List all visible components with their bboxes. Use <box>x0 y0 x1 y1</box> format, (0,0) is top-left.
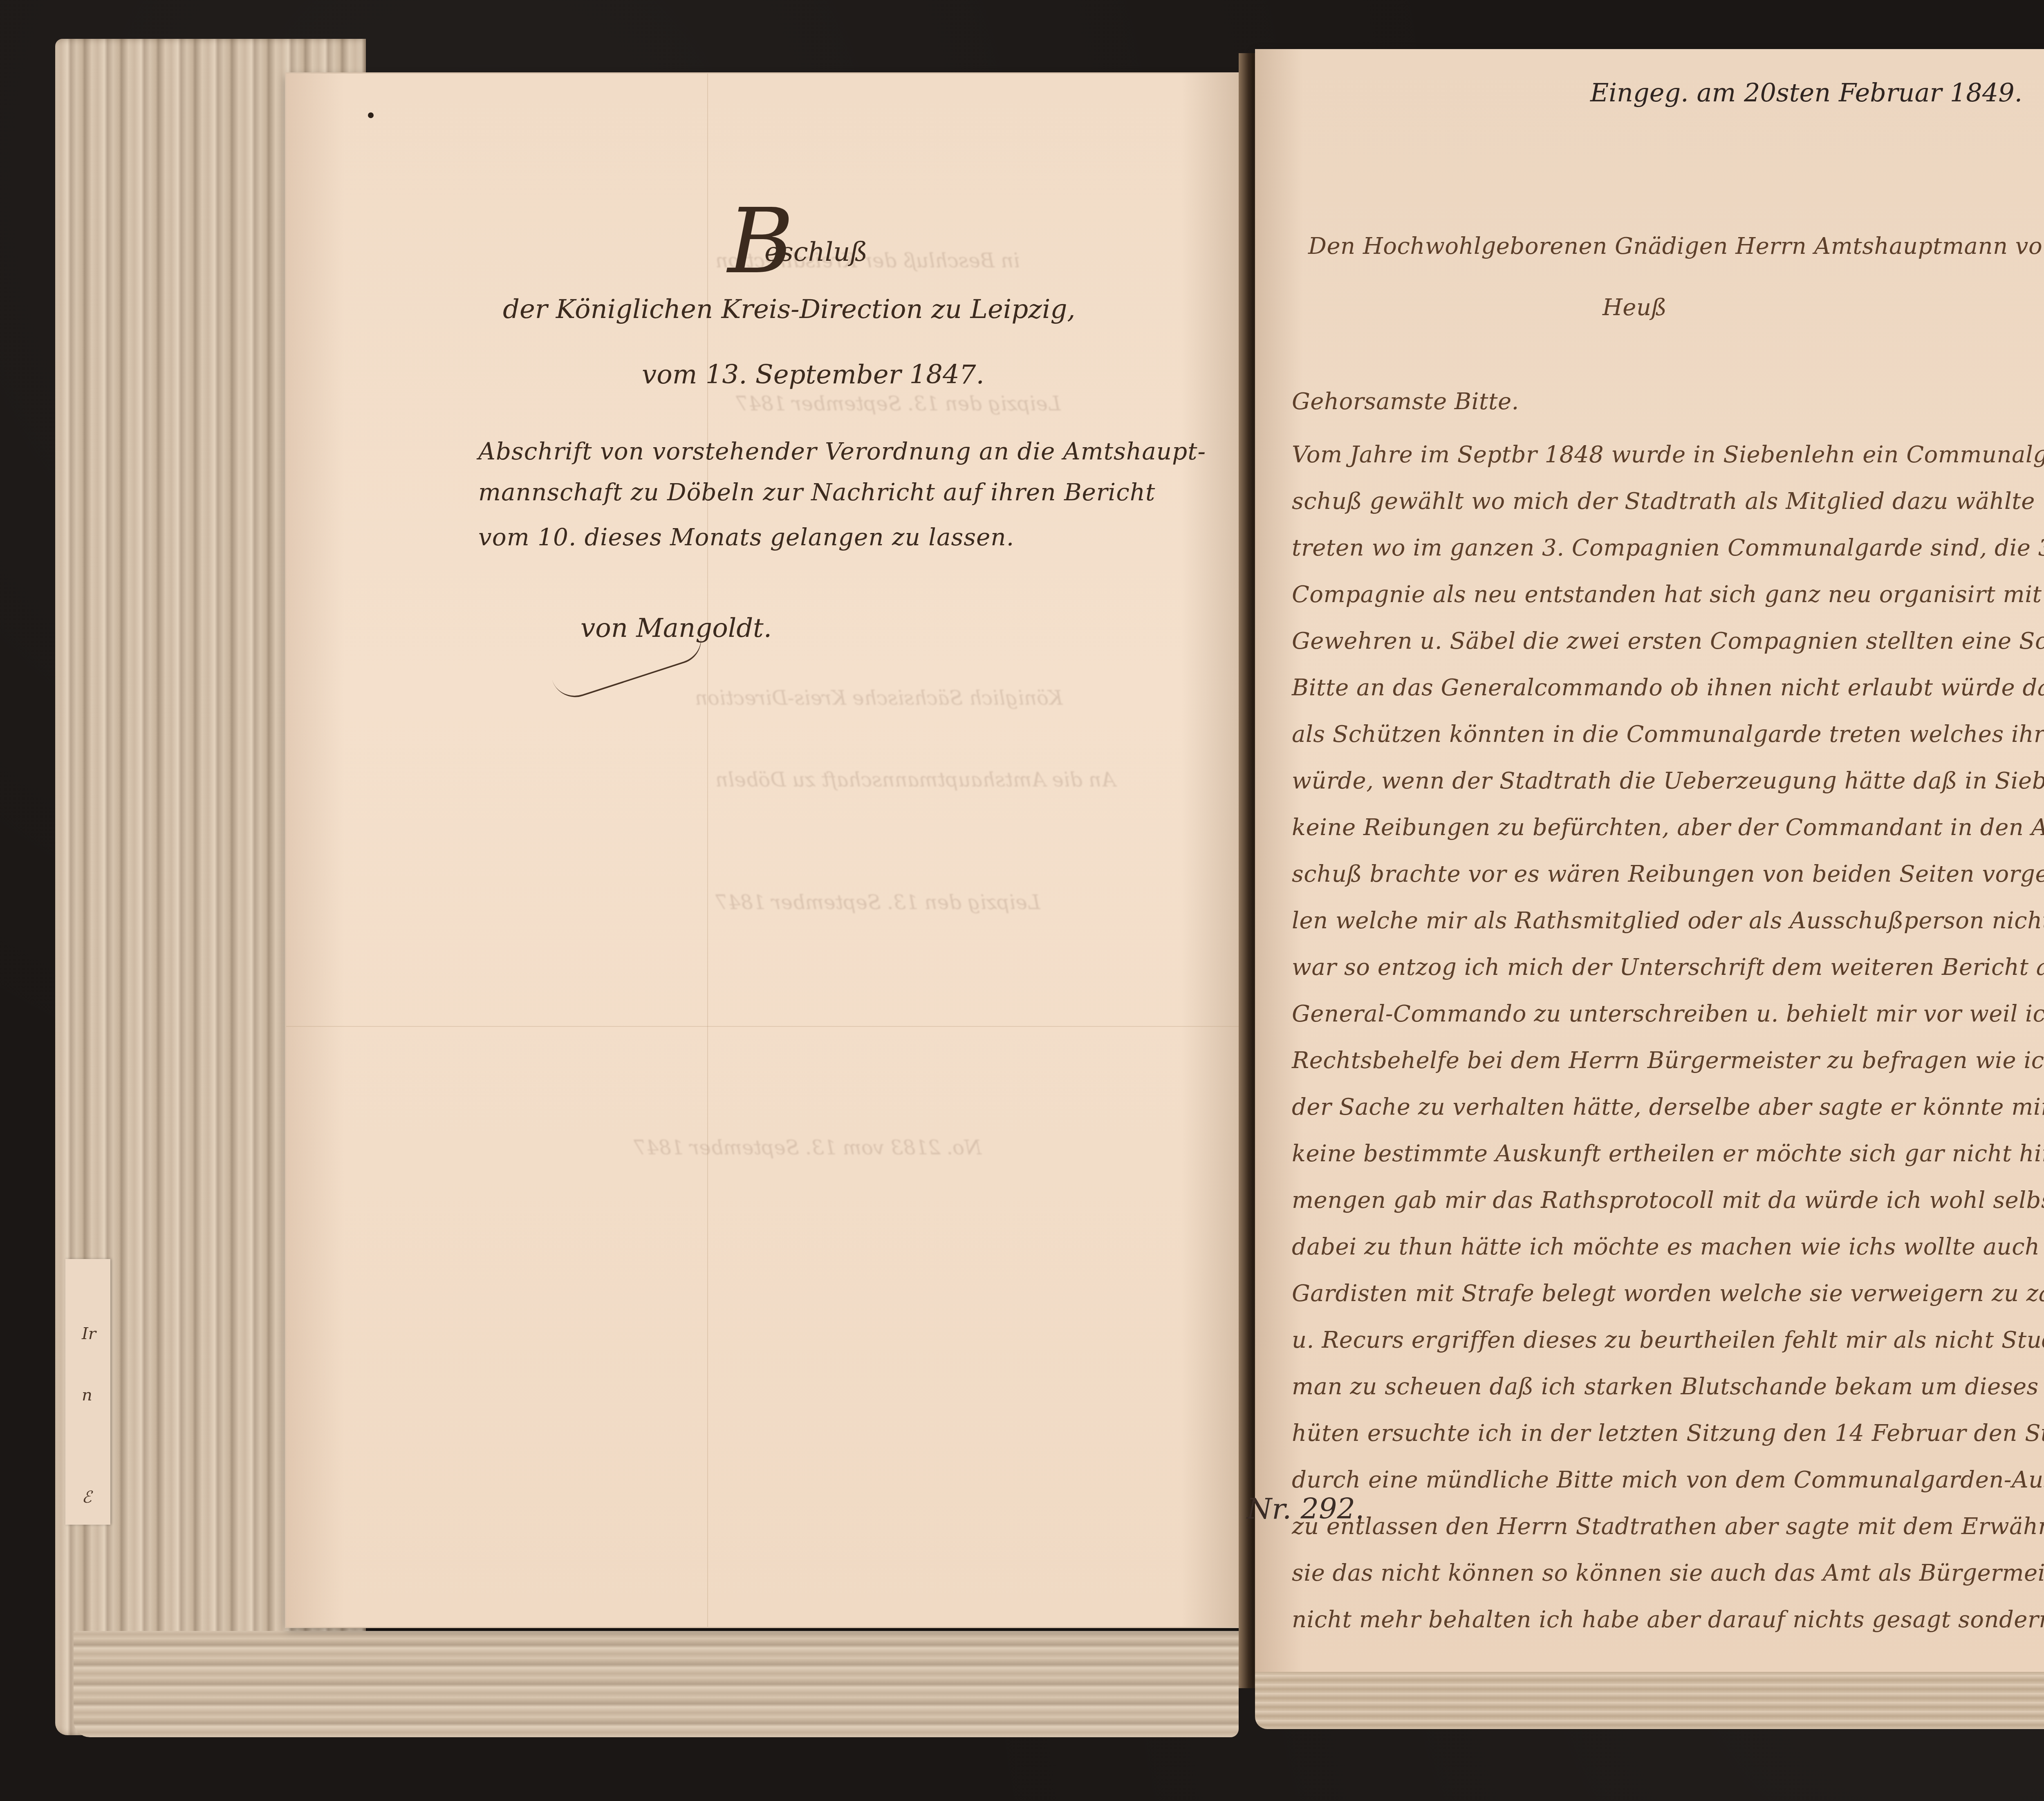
body-line: treten wo im ganzen 3. Compagnien Commun… <box>1292 535 2044 561</box>
heading-line-2: der Königlichen Kreis-Direction zu Leipz… <box>503 294 1076 325</box>
body-line: als Schützen könnten in die Communalgard… <box>1292 721 2044 748</box>
body-line: schuß brachte vor es wären Reibungen von… <box>1292 861 2044 887</box>
body-line: zu entlassen den Herrn Stadtrathen aber … <box>1292 1513 2044 1540</box>
inserted-paper-slip: Ir n ℰ <box>65 1259 110 1525</box>
body-line: Gardisten mit Strafe belegt worden welch… <box>1292 1280 2044 1307</box>
body-line: dabei zu thun hätte ich möchte es machen… <box>1292 1234 2044 1260</box>
show-through-text: Leipzig den 13. September 1847 <box>736 392 1061 415</box>
left-page: in Beschluß der Kreisdirection Leipzig d… <box>286 74 1259 1627</box>
body-line: vom 10. dieses Monats gelangen zu lassen… <box>478 523 1014 551</box>
address-line-2: Heuß <box>1602 294 1667 321</box>
body-line: würde, wenn der Stadtrath die Ueberzeugu… <box>1292 768 2044 794</box>
heading-date: vom 13. September 1847. <box>642 360 984 390</box>
body-line: Rechtsbehelfe bei dem Herrn Bürgermeiste… <box>1292 1047 2044 1074</box>
body-line: man zu scheuen daß ich starken Blutschan… <box>1292 1373 2044 1400</box>
body-line: mengen gab mir das Rathsprotocoll mit da… <box>1292 1187 2044 1214</box>
body-line: Abschrift von vorstehender Verordnung an… <box>478 437 1206 465</box>
show-through-text: Königlich Sächsische Kreis-Direction <box>695 687 1063 710</box>
left-page-stack-bottom-edges <box>74 1631 1239 1737</box>
body-line: Compagnie als neu entstanden hat sich ga… <box>1292 581 2044 608</box>
body-line: u. Recurs ergriffen dieses zu beurtheile… <box>1292 1327 2044 1353</box>
body-line: hüten ersuchte ich in der letzten Sitzun… <box>1292 1420 2044 1447</box>
body-line: nicht mehr behalten ich habe aber darauf… <box>1292 1606 2044 1633</box>
body-line: Bitte an das Generalcommando ob ihnen ni… <box>1292 674 2044 701</box>
body-line: keine bestimmte Auskunft ertheilen er mö… <box>1292 1140 2044 1167</box>
margin-reference-number: Nr. 292. <box>1247 1492 1364 1525</box>
body-line: General-Commando zu unterschreiben u. be… <box>1292 1001 2044 1027</box>
body-line: Gewehren u. Säbel die zwei ersten Compag… <box>1292 628 2044 654</box>
received-note: Eingeg. am 20sten Februar 1849. <box>1590 78 2022 108</box>
salutation: Gehorsamste Bitte. <box>1292 388 1519 415</box>
body-line: schuß gewählt wo mich der Stadtrath als … <box>1292 488 2044 515</box>
body-line: keine Reibungen zu befürchten, aber der … <box>1292 814 2044 841</box>
body-line: durch eine mündliche Bitte mich von dem … <box>1292 1467 2044 1493</box>
body-line: mannschaft zu Döbeln zur Nachricht auf i… <box>478 478 1155 506</box>
right-page: Eingeg. am 20sten Februar 1849. 168 Den … <box>1255 49 2044 1680</box>
fold-line-horizontal <box>286 1026 1259 1027</box>
body-line: war so entzog ich mich der Unterschrift … <box>1292 954 2044 981</box>
body-line: sie das nicht können so können sie auch … <box>1292 1560 2044 1586</box>
heading-title: eschluß <box>764 237 867 267</box>
body-line: der Sache zu verhalten hätte, derselbe a… <box>1292 1094 2044 1120</box>
right-page-stack-bottom-edges <box>1255 1672 2044 1729</box>
show-through-text: Leipzig den 13. September 1847 <box>715 891 1040 914</box>
body-line: Vom Jahre im Septbr 1848 wurde in Sieben… <box>1292 441 2044 468</box>
show-through-text: An die Amtshauptmannschaft zu Döbeln <box>715 768 1116 791</box>
ink-dot <box>368 112 374 118</box>
show-through-text: No. 2183 vom 13. September 1847 <box>634 1136 982 1159</box>
body-line: len welche mir als Rathsmitglied oder al… <box>1292 907 2044 934</box>
address-line: Den Hochwohlgeborenen Gnädigen Herrn Amt… <box>1308 233 2044 260</box>
